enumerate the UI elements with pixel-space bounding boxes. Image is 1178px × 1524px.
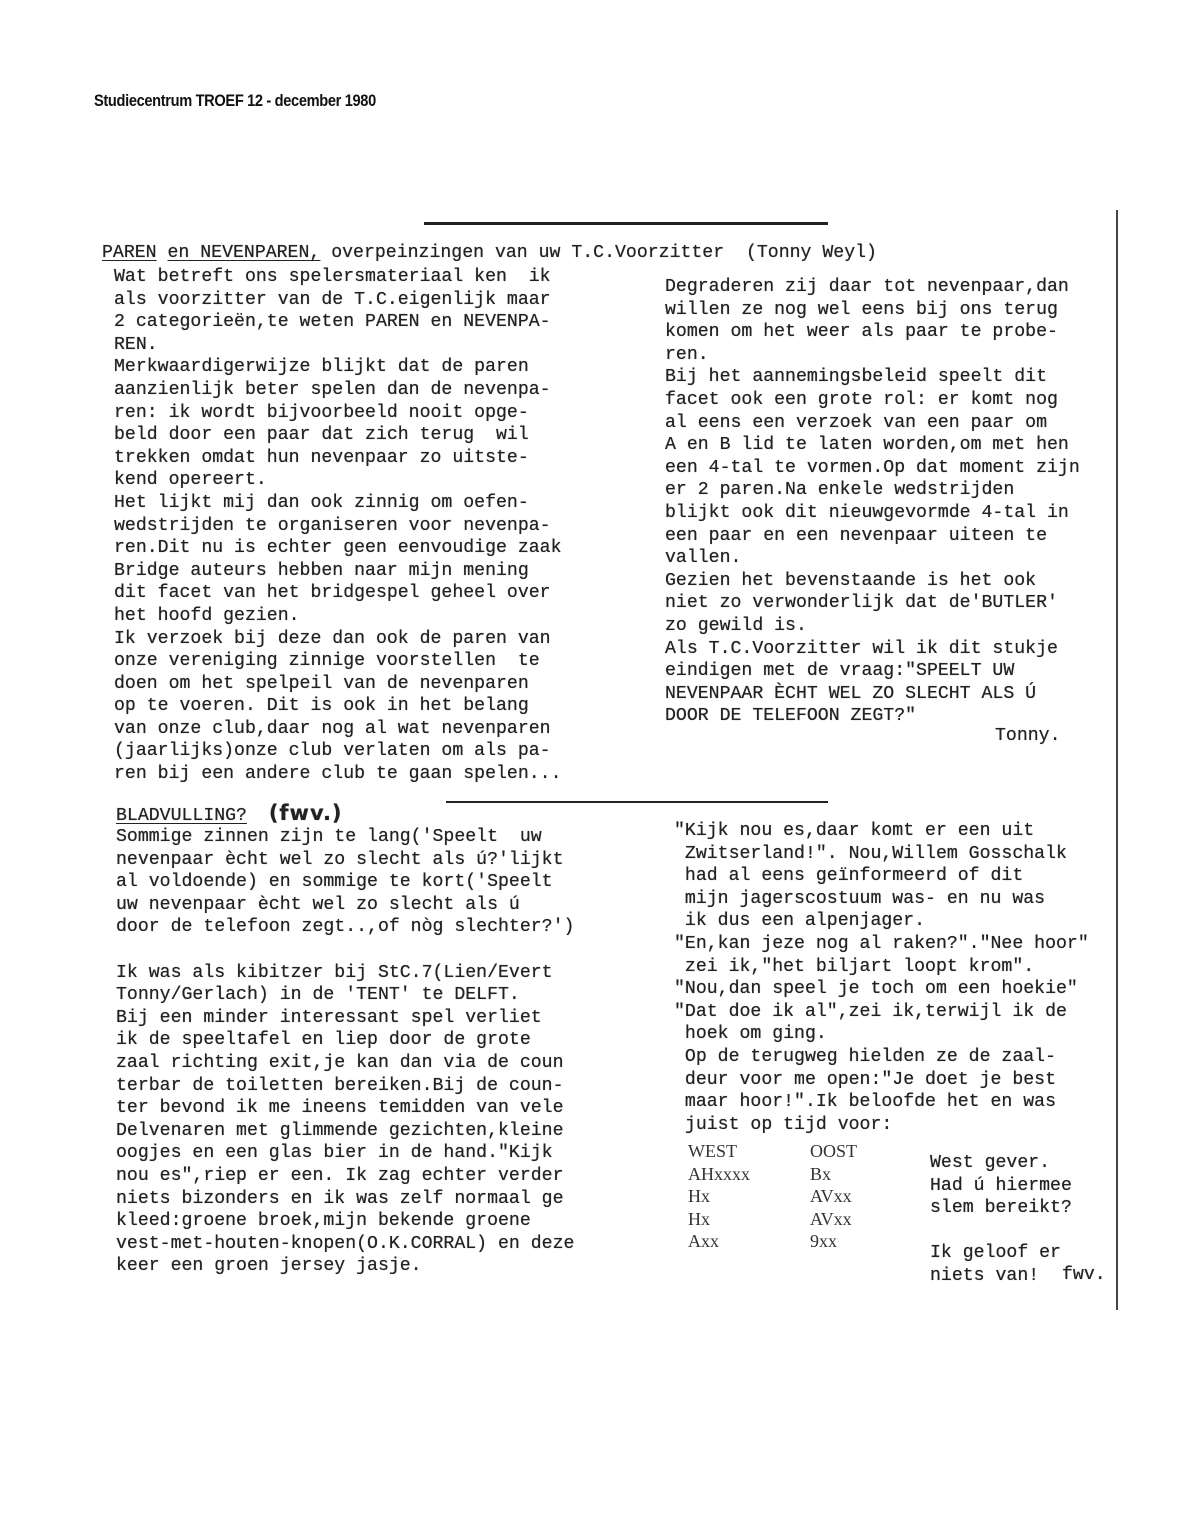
text-line: zei ik,"het biljart loopt krom".	[674, 956, 1089, 979]
text-line: Als T.C.Voorzitter wil ik dit stukje	[665, 638, 1080, 661]
text-line: "Kijk nou es,daar komt er een uit	[674, 820, 1089, 843]
title-rest: overpeinzingen van uw T.C.Voorzitter (To…	[320, 243, 877, 263]
text-line: ik dus een alpenjager.	[674, 910, 1089, 933]
text-line: ren.Dit nu is echter geen eenvoudige zaa…	[114, 537, 562, 560]
middle-rule	[446, 801, 828, 803]
text-line: Bij het aannemingsbeleid speelt dit	[665, 366, 1080, 389]
hand-suit-holding: AVxx	[810, 1185, 930, 1208]
text-line	[930, 1220, 1072, 1243]
text-line: 2 categorieën,te weten PAREN en NEVENPA-	[114, 311, 562, 334]
bladvulling-title: BLADVULLING?	[116, 806, 247, 826]
text-line: komen om het weer als paar te probe-	[665, 321, 1080, 344]
text-line: het hoofd gezien.	[114, 605, 562, 628]
text-line: Sommige zinnen zijn te lang('Speelt uw	[116, 826, 574, 849]
text-line: beld door een paar dat zich terug wil	[114, 424, 562, 447]
hand-suit-holding: AHxxxx	[688, 1163, 810, 1186]
top-rule	[424, 222, 828, 225]
text-line: A en B lid te laten worden,om met hen	[665, 434, 1080, 457]
article1-right-column: Degraderen zij daar tot nevenpaar,danwil…	[665, 276, 1080, 728]
hand-suit-holding: Axx	[688, 1230, 810, 1253]
text-line: op te voeren. Dit is ook in het belang	[114, 695, 562, 718]
bridge-comment: West gever.Had ú hiermeeslem bereikt? Ik…	[930, 1152, 1072, 1288]
text-line: wedstrijden te organiseren voor nevenpa-	[114, 515, 562, 538]
text-line: terbar de toiletten bereiken.Bij de coun…	[116, 1075, 574, 1098]
text-line: "En,kan jeze nog al raken?"."Nee hoor"	[674, 933, 1089, 956]
text-line: al eens een verzoek van een paar om	[665, 412, 1080, 435]
text-line: juist op tijd voor:	[674, 1114, 1089, 1137]
text-line: nou es",riep er een. Ik zag echter verde…	[116, 1165, 574, 1188]
text-line: al voldoende) en sommige te kort('Speelt	[116, 871, 574, 894]
text-line: oogjes en een glas bier in de hand."Kijk	[116, 1142, 574, 1165]
page-header: Studiecentrum TROEF 12 - december 1980	[94, 91, 376, 111]
text-line: ik de speeltafel en liep door de grote	[116, 1029, 574, 1052]
text-line: ter bevond ik me ineens temidden van vel…	[116, 1097, 574, 1120]
text-line: Merkwaardigerwijze blijkt dat de paren	[114, 356, 562, 379]
hand-suit-holding: Bx	[810, 1163, 930, 1186]
text-line: Had ú hiermee	[930, 1175, 1072, 1198]
hand-suit-holding: 9xx	[810, 1230, 930, 1253]
article2-title: BLADVULLING? (fwv.)	[116, 802, 343, 828]
text-line: Ik geloof er	[930, 1242, 1072, 1265]
hand-suit-holding: Hx	[688, 1208, 810, 1231]
text-line: onze vereniging zinnige voorstellen te	[114, 650, 562, 673]
text-line: Op de terugweg hielden ze de zaal-	[674, 1046, 1089, 1069]
text-line: er 2 paren.Na enkele wedstrijden	[665, 479, 1080, 502]
article2-left-column: Sommige zinnen zijn te lang('Speelt uwne…	[116, 826, 574, 1278]
article1-signature: Tonny.	[995, 725, 1061, 748]
text-line: niet zo verwonderlijk dat de'BUTLER'	[665, 592, 1080, 615]
text-line: aanzienlijk beter spelen dan de nevenpa-	[114, 379, 562, 402]
hand-header: WEST	[688, 1140, 810, 1163]
right-border	[1116, 210, 1118, 1310]
text-line: uw nevenpaar ècht wel zo slecht als ú	[116, 894, 574, 917]
text-line: niets bizonders en ik was zelf normaal g…	[116, 1188, 574, 1211]
text-line: had al eens geïnformeerd of dit	[674, 865, 1089, 888]
text-line	[116, 939, 574, 962]
article2-right-column: "Kijk nou es,daar komt er een uit Zwitse…	[674, 820, 1089, 1136]
text-line: deur voor me open:"Je doet je best	[674, 1069, 1089, 1092]
text-line: Het lijkt mij dan ook zinnig om oefen-	[114, 492, 562, 515]
hand-header: OOST	[810, 1140, 930, 1163]
text-line: Zwitserland!". Nou,Willem Gosschalk	[674, 843, 1089, 866]
text-line: vest-met-houten-knopen(O.K.CORRAL) en de…	[116, 1233, 574, 1256]
article2-signature: fwv.	[1062, 1264, 1106, 1287]
text-line: Delvenaren met glimmende gezichten,klein…	[116, 1120, 574, 1143]
text-line: kend opereert.	[114, 469, 562, 492]
text-line: als voorzitter van de T.C.eigenlijk maar	[114, 289, 562, 312]
text-line: willen ze nog wel eens bij ons terug	[665, 299, 1080, 322]
text-line: zaal richting exit,je kan dan via de cou…	[116, 1052, 574, 1075]
text-line: facet ook een grote rol: er komt nog	[665, 389, 1080, 412]
text-line: "Dat doe ik al",zei ik,terwijl ik de	[674, 1001, 1089, 1024]
text-line: vallen.	[665, 547, 1080, 570]
text-line: een paar en een nevenpaar uiteen te	[665, 525, 1080, 548]
text-line: Wat betreft ons spelersmateriaal ken ik	[114, 266, 562, 289]
text-line: keer een groen jersey jasje.	[116, 1255, 574, 1278]
text-line: Bij een minder interessant spel verliet	[116, 1007, 574, 1030]
text-line: West gever.	[930, 1152, 1072, 1175]
bridge-hands-table: WESTOOSTAHxxxxBxHxAVxxHxAVxxAxx9xx	[688, 1140, 930, 1253]
text-line: blijkt ook dit nieuwgevormde 4-tal in	[665, 502, 1080, 525]
text-line: hoek om ging.	[674, 1023, 1089, 1046]
title-nevenparen: en NEVENPAREN,	[168, 243, 321, 263]
text-line: doen om het spelpeil van de nevenparen	[114, 673, 562, 696]
text-line: slem bereikt?	[930, 1197, 1072, 1220]
text-line: Tonny/Gerlach) in de 'TENT' te DELFT.	[116, 984, 574, 1007]
text-line: REN.	[114, 334, 562, 357]
hand-suit-holding: Hx	[688, 1185, 810, 1208]
text-line: ren.	[665, 344, 1080, 367]
text-line: Bridge auteurs hebben naar mijn mening	[114, 560, 562, 583]
text-line: van onze club,daar nog al wat nevenparen	[114, 718, 562, 741]
text-line: dit facet van het bridgespel geheel over	[114, 582, 562, 605]
article1-title: PAREN en NEVENPAREN, overpeinzingen van …	[102, 242, 877, 265]
text-line: nevenpaar ècht wel zo slecht als ú?'lijk…	[116, 849, 574, 872]
handwritten-initials: (fwv.)	[269, 801, 343, 825]
text-line: eindigen met de vraag:"SPEELT UW	[665, 660, 1080, 683]
text-line: NEVENPAAR ÈCHT WEL ZO SLECHT ALS Ú	[665, 683, 1080, 706]
text-line: ren: ik wordt bijvoorbeeld nooit opge-	[114, 402, 562, 425]
text-line: Ik was als kibitzer bij StC.7(Lien/Evert	[116, 962, 574, 985]
text-line: mijn jagerscostuum was- en nu was	[674, 888, 1089, 911]
text-line: "Nou,dan speel je toch om een hoekie"	[674, 978, 1089, 1001]
text-line: door de telefoon zegt..,of nòg slechter?…	[116, 916, 574, 939]
text-line: trekken omdat hun nevenpaar zo uitste-	[114, 447, 562, 470]
text-line: Degraderen zij daar tot nevenpaar,dan	[665, 276, 1080, 299]
text-line: Ik verzoek bij deze dan ook de paren van	[114, 628, 562, 651]
text-line: zo gewild is.	[665, 615, 1080, 638]
text-line: een 4-tal te vormen.Op dat moment zijn	[665, 457, 1080, 480]
article1-left-column: Wat betreft ons spelersmateriaal ken ika…	[114, 266, 562, 786]
text-line: (jaarlijks)onze club verlaten om als pa-	[114, 740, 562, 763]
text-line: ren bij een andere club te gaan spelen..…	[114, 763, 562, 786]
title-paren: PAREN	[102, 243, 157, 263]
text-line: niets van!	[930, 1265, 1072, 1288]
text-line: kleed:groene broek,mijn bekende groene	[116, 1210, 574, 1233]
text-line: Gezien het bevenstaande is het ook	[665, 570, 1080, 593]
text-line: maar hoor!".Ik beloofde het en was	[674, 1091, 1089, 1114]
hand-suit-holding: AVxx	[810, 1208, 930, 1231]
